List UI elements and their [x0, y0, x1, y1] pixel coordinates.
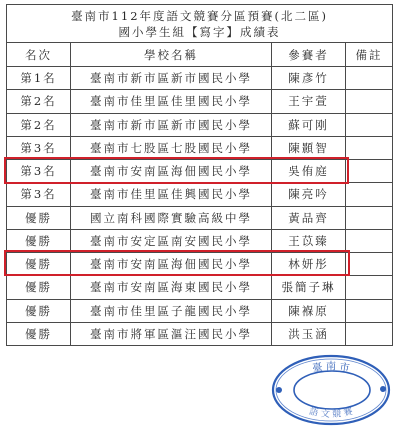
table-row: 第3名 臺南市佳里區佳興國民小學 陳亮吟: [7, 183, 393, 206]
header-participant: 參賽者: [272, 43, 346, 67]
seal-icon: 臺 南 市 語 文 競 賽: [270, 352, 392, 428]
table-row: 第1名 臺南市新市區新市國民小學 陳彥竹: [7, 67, 393, 90]
participant-cell: 林妍彤: [272, 253, 346, 276]
school-cell: 臺南市七股區七股國民小學: [71, 136, 272, 159]
table-row: 第2名 臺南市佳里區佳里國民小學 王宇萱: [7, 90, 393, 113]
participant-cell: 陳褓原: [272, 299, 346, 322]
results-table: 臺南市112年度語文競賽分區預賽(北二區) 國小學生組【寫字】成績表 名次 學校…: [6, 4, 393, 346]
header-school: 學校名稱: [71, 43, 272, 67]
table-row: 優勝 臺南市安南區海東國民小學 張簡子琳: [7, 276, 393, 299]
participant-cell: 陳亮吟: [272, 183, 346, 206]
participant-cell: 吳侑庭: [272, 160, 346, 183]
participant-cell: 張簡子琳: [272, 276, 346, 299]
table-row: 第3名 臺南市七股區七股國民小學 陳顥智: [7, 136, 393, 159]
remarks-cell: [346, 67, 393, 90]
rank-cell: 優勝: [7, 276, 71, 299]
school-cell: 臺南市安南區海東國民小學: [71, 276, 272, 299]
table-row: 第2名 臺南市新市區新市國民小學 蘇可刚: [7, 113, 393, 136]
school-cell: 臺南市安南區海佃國民小學: [71, 253, 272, 276]
remarks-cell: [346, 276, 393, 299]
school-cell: 臺南市新市區新市國民小學: [71, 67, 272, 90]
table-row-highlighted: 優勝 臺南市安南區海佃國民小學 林妍彤: [7, 253, 393, 276]
rank-cell: 優勝: [7, 322, 71, 345]
school-cell: 臺南市將軍區漚汪國民小學: [71, 322, 272, 345]
participant-cell: 洪玉涵: [272, 322, 346, 345]
participant-cell: 王苡臻: [272, 229, 346, 252]
participant-cell: 蘇可刚: [272, 113, 346, 136]
participant-cell: 陳顥智: [272, 136, 346, 159]
rank-cell: 第3名: [7, 160, 71, 183]
rank-cell: 優勝: [7, 229, 71, 252]
remarks-cell: [346, 90, 393, 113]
remarks-cell: [346, 183, 393, 206]
school-cell: 臺南市佳里區佳興國民小學: [71, 183, 272, 206]
school-cell: 臺南市佳里區子龍國民小學: [71, 299, 272, 322]
remarks-cell: [346, 299, 393, 322]
remarks-cell: [346, 160, 393, 183]
school-cell: 國立南科國際實驗高級中學: [71, 206, 272, 229]
title-row: 臺南市112年度語文競賽分區預賽(北二區) 國小學生組【寫字】成績表: [7, 5, 393, 43]
rank-cell: 優勝: [7, 253, 71, 276]
title-line-2: 國小學生組【寫字】成績表: [7, 24, 392, 40]
document-title: 臺南市112年度語文競賽分區預賽(北二區) 國小學生組【寫字】成績表: [7, 5, 393, 43]
svg-text:臺 南 市: 臺 南 市: [311, 360, 350, 375]
header-remarks: 備註: [346, 43, 393, 67]
official-seal-stamp: 臺 南 市 語 文 競 賽: [270, 352, 392, 428]
table-row: 優勝 臺南市佳里區子龍國民小學 陳褓原: [7, 299, 393, 322]
rank-cell: 第3名: [7, 136, 71, 159]
school-cell: 臺南市安南區海佃國民小學: [71, 160, 272, 183]
remarks-cell: [346, 322, 393, 345]
rank-cell: 第1名: [7, 67, 71, 90]
remarks-cell: [346, 206, 393, 229]
rank-cell: 優勝: [7, 206, 71, 229]
rank-cell: 第2名: [7, 113, 71, 136]
table-row: 優勝 國立南科國際實驗高級中學 黃品齊: [7, 206, 393, 229]
table-row-highlighted: 第3名 臺南市安南區海佃國民小學 吳侑庭: [7, 160, 393, 183]
remarks-cell: [346, 136, 393, 159]
title-line-1: 臺南市112年度語文競賽分區預賽(北二區): [7, 8, 392, 24]
rank-cell: 第3名: [7, 183, 71, 206]
participant-cell: 王宇萱: [272, 90, 346, 113]
school-cell: 臺南市新市區新市國民小學: [71, 113, 272, 136]
remarks-cell: [346, 253, 393, 276]
remarks-cell: [346, 229, 393, 252]
header-rank: 名次: [7, 43, 71, 67]
score-sheet-document: 臺南市112年度語文競賽分區預賽(北二區) 國小學生組【寫字】成績表 名次 學校…: [0, 0, 400, 433]
rank-cell: 優勝: [7, 299, 71, 322]
header-row: 名次 學校名稱 參賽者 備註: [7, 43, 393, 67]
school-cell: 臺南市安定區南安國民小學: [71, 229, 272, 252]
table-row: 優勝 臺南市將軍區漚汪國民小學 洪玉涵: [7, 322, 393, 345]
participant-cell: 陳彥竹: [272, 67, 346, 90]
table-row: 優勝 臺南市安定區南安國民小學 王苡臻: [7, 229, 393, 252]
school-cell: 臺南市佳里區佳里國民小學: [71, 90, 272, 113]
rank-cell: 第2名: [7, 90, 71, 113]
participant-cell: 黃品齊: [272, 206, 346, 229]
remarks-cell: [346, 113, 393, 136]
